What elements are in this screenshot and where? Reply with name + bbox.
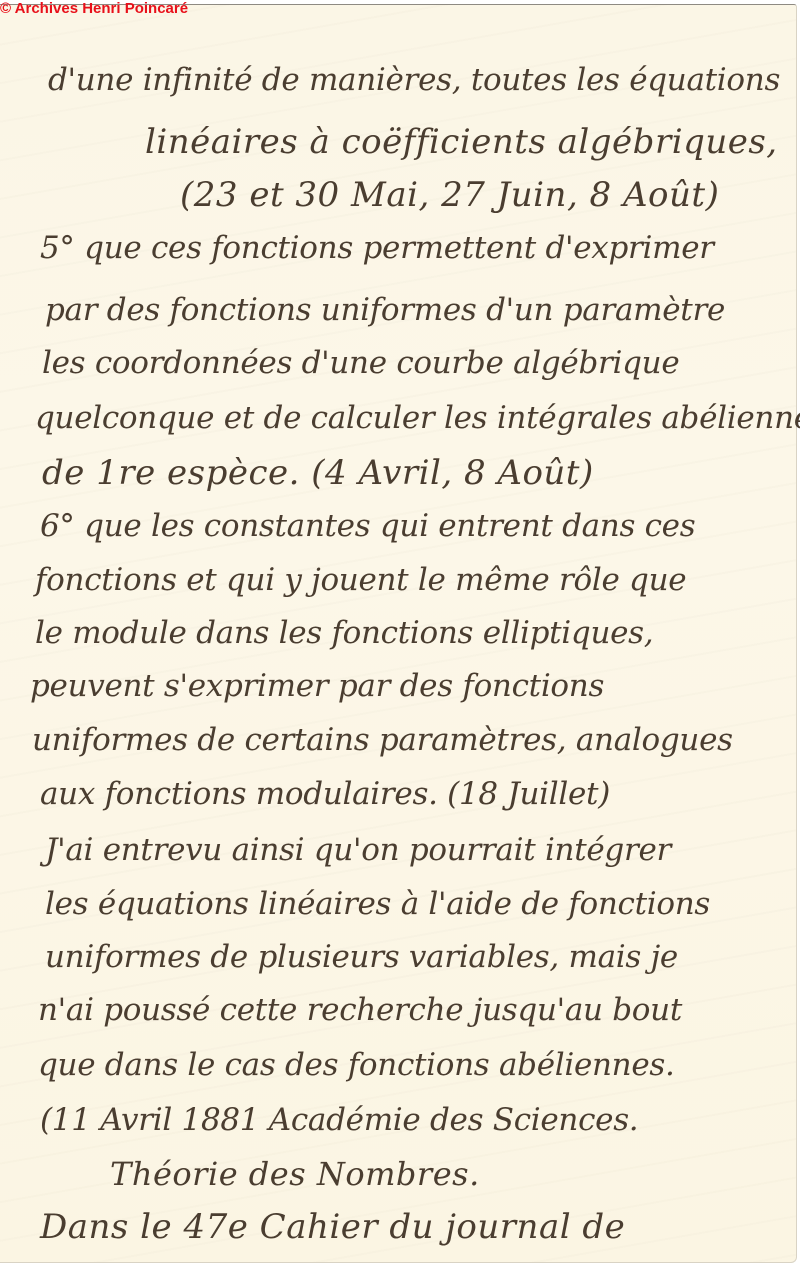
- manuscript-line-1: d'une infinité de manières, toutes les é…: [48, 65, 780, 96]
- manuscript-line-12: peuvent s'exprimer par des fonctions: [30, 671, 604, 702]
- manuscript-line-11: le module dans les fonctions elliptiques…: [35, 618, 653, 649]
- manuscript-line-8: de 1re espèce. (4 Avril, 8 Août): [42, 456, 594, 490]
- manuscript-line-3: (23 et 30 Mai, 27 Juin, 8 Août): [180, 178, 719, 212]
- manuscript-line-10: fonctions et qui y jouent le même rôle q…: [35, 565, 686, 596]
- section-heading-theorie-des-nombres: Théorie des Nombres.: [110, 1158, 480, 1190]
- manuscript-line-2: linéaires à coëfficients algébriques,: [145, 125, 778, 159]
- manuscript-line-18: n'ai poussé cette recherche jusqu'au bou…: [38, 995, 682, 1026]
- manuscript-line-19: que dans le cas des fonctions abéliennes…: [38, 1050, 675, 1081]
- manuscript-line-16: les équations linéaires à l'aide de fonc…: [45, 889, 710, 920]
- manuscript-line-14: aux fonctions modulaires. (18 Juillet): [40, 779, 610, 810]
- manuscript-line-22: Dans le 47e Cahier du journal de: [40, 1210, 625, 1244]
- manuscript-line-20: (11 Avril 1881 Académie des Sciences.: [40, 1105, 638, 1136]
- manuscript-line-15: J'ai entrevu ainsi qu'on pourrait intégr…: [45, 835, 671, 866]
- manuscript-line-7: quelconque et de calculer les intégrales…: [35, 403, 800, 434]
- manuscript-line-17: uniformes de plusieurs variables, mais j…: [45, 942, 678, 973]
- manuscript-line-4: 5° que ces fonctions permettent d'exprim…: [40, 233, 714, 264]
- manuscript-line-9: 6° que les constantes qui entrent dans c…: [40, 511, 695, 542]
- manuscript-line-6: les coordonnées d'une courbe algébrique: [42, 348, 679, 379]
- manuscript-line-5: par des fonctions uniformes d'un paramèt…: [45, 295, 725, 326]
- manuscript-page: d'une infinité de manières, toutes les é…: [0, 4, 797, 1263]
- manuscript-line-13: uniformes de certains paramètres, analog…: [32, 725, 733, 756]
- copyright-watermark: © Archives Henri Poincaré: [0, 0, 188, 18]
